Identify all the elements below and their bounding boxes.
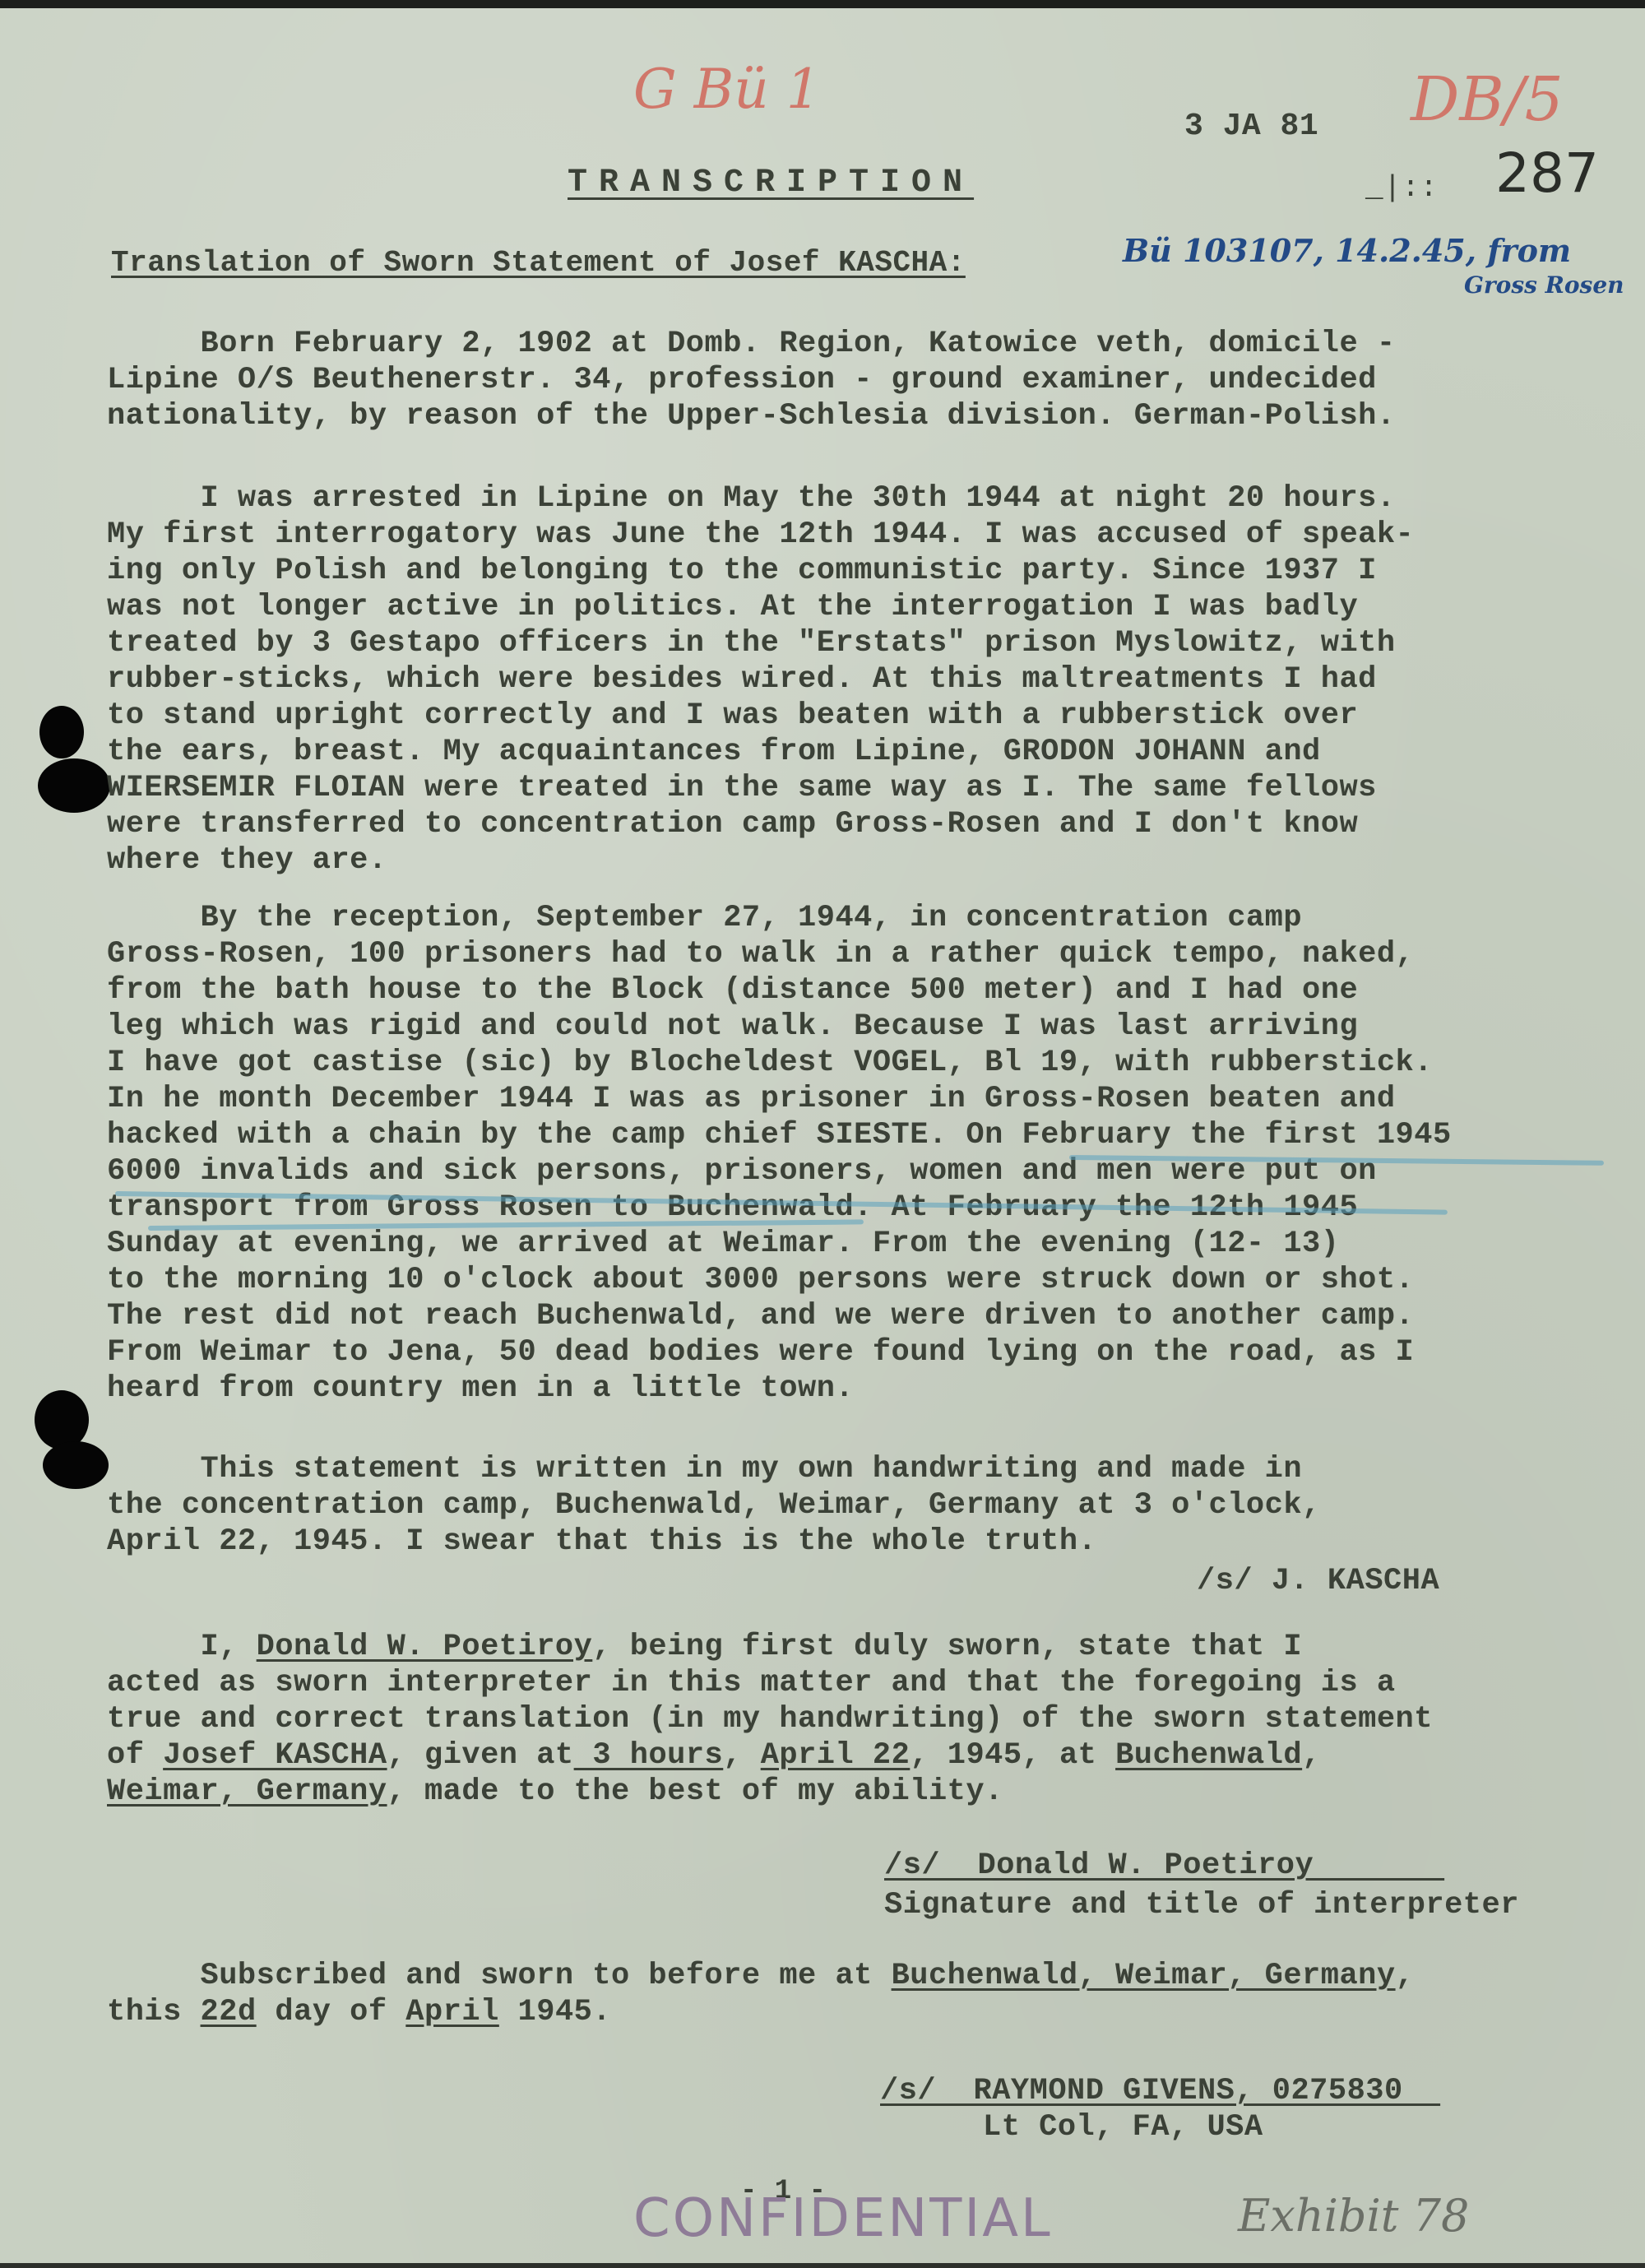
interpreter-signature: /s/ Donald W. Poetiroy xyxy=(884,1846,1444,1885)
text-fragment: of xyxy=(107,1738,163,1773)
text-line: heard from country men in a little town. xyxy=(107,1369,854,1408)
statement-time: 3 hours xyxy=(574,1738,724,1773)
text-line: Born February 2, 1902 at Domb. Region, K… xyxy=(107,324,1396,364)
text-line: of Josef KASCHA, given at 3 hours, April… xyxy=(107,1736,1321,1775)
text-line: were transferred to concentration camp G… xyxy=(107,805,1358,844)
kascha-signature: /s/ J. KASCHA xyxy=(1197,1561,1439,1601)
punch-hole-upper-b xyxy=(38,758,110,813)
text-line: from the bath house to the Block (distan… xyxy=(107,971,1358,1010)
document-subtitle: Translation of Sworn Statement of Josef … xyxy=(111,243,966,283)
sworn-day: 22d xyxy=(201,1995,257,2029)
punch-hole-upper-a xyxy=(39,706,84,758)
sworn-month: April xyxy=(405,1995,499,2029)
text-fragment: , being first duly sworn, state that I xyxy=(592,1630,1302,1664)
blue-handwritten-note-line2: Gross Rosen xyxy=(1464,271,1624,299)
document-title: TRANSCRIPTION xyxy=(568,165,974,202)
text-line: I, Donald W. Poetiroy, being first duly … xyxy=(107,1627,1302,1667)
text-line: where they are. xyxy=(107,841,387,880)
punch-hole-lower-b xyxy=(43,1441,109,1489)
text-line: this 22d day of April 1945. xyxy=(107,1992,611,2032)
text-fragment: day of xyxy=(257,1995,406,2029)
text-line: treated by 3 Gestapo officers in the "Er… xyxy=(107,624,1396,663)
exhibit-label: Exhibit 78 xyxy=(1238,2190,1469,2242)
text-fragment: , given at xyxy=(387,1738,574,1773)
punch-hole-lower-a xyxy=(35,1390,89,1449)
text-line: Lipine O/S Beuthenerstr. 34, profession … xyxy=(107,360,1377,400)
text-fragment: , xyxy=(723,1738,760,1773)
text-line: hacked with a chain by the camp chief SI… xyxy=(107,1115,1452,1155)
text-line: By the reception, September 27, 1944, in… xyxy=(107,898,1302,938)
scan-edge-bottom xyxy=(0,2263,1645,2268)
text-line: acted as sworn interpreter in this matte… xyxy=(107,1663,1396,1703)
text-line: rubber-sticks, which were besides wired.… xyxy=(107,660,1377,699)
text-fragment: Subscribed and sworn to before me at xyxy=(107,1959,892,1993)
scan-edge-top xyxy=(0,0,1645,8)
text-fragment: , xyxy=(1302,1738,1321,1773)
stamp-date: 3 JA 81 xyxy=(1184,107,1318,146)
text-line: Weimar, Germany, made to the best of my … xyxy=(107,1772,1003,1811)
interpreter-signature-title: Signature and title of interpreter xyxy=(884,1885,1519,1925)
text-line: This statement is written in my own hand… xyxy=(107,1449,1302,1489)
text-fragment: 1945. xyxy=(499,1995,611,2029)
interpreter-name: Donald W. Poetiroy xyxy=(257,1630,593,1664)
text-line: My first interrogatory was June the 12th… xyxy=(107,515,1414,554)
text-line: the concentration camp, Buchenwald, Weim… xyxy=(107,1486,1321,1525)
statement-place: Buchenwald xyxy=(1115,1738,1302,1773)
statement-date: April 22 xyxy=(761,1738,911,1773)
confidential-stamp: CONFIDENTIAL xyxy=(633,2188,1053,2249)
text-fragment: , made to the best of my ability. xyxy=(387,1774,1003,1809)
red-handwritten-reference: G Bü 1 xyxy=(633,58,821,121)
text-line: I was arrested in Lipine on May the 30th… xyxy=(107,479,1396,518)
text-line: leg which was rigid and could not walk. … xyxy=(107,1007,1358,1046)
text-fragment: this xyxy=(107,1995,201,2029)
text-line: I have got castise (sic) by Blocheldest … xyxy=(107,1043,1433,1083)
sworn-place: Buchenwald, Weimar, Germany xyxy=(892,1959,1396,1993)
text-line: WIERSEMIR FLOIAN were treated in the sam… xyxy=(107,768,1377,808)
text-fragment: I, xyxy=(107,1630,257,1664)
text-line: true and correct translation (in my hand… xyxy=(107,1700,1433,1739)
officer-signature: /s/ RAYMOND GIVENS, 0275830 xyxy=(880,2071,1440,2111)
text-fragment: , 1945, at xyxy=(910,1738,1115,1773)
stamp-page-number: 287 xyxy=(1495,141,1599,205)
text-line: Subscribed and sworn to before me at Buc… xyxy=(107,1956,1414,1996)
text-line: Gross-Rosen, 100 prisoners had to walk i… xyxy=(107,935,1414,974)
red-handwritten-folio: DB/5 xyxy=(1411,64,1564,135)
text-line: In he month December 1944 I was as priso… xyxy=(107,1079,1396,1119)
text-line: was not longer active in politics. At th… xyxy=(107,587,1358,627)
text-fragment: , xyxy=(1396,1959,1415,1993)
text-line: to the morning 10 o'clock about 3000 per… xyxy=(107,1260,1414,1300)
text-line: ing only Polish and belonging to the com… xyxy=(107,551,1377,591)
text-line: The rest did not reach Buchenwald, and w… xyxy=(107,1296,1414,1336)
stamp-prefix: _|:: xyxy=(1365,169,1438,208)
declarant-name: Josef KASCHA xyxy=(163,1738,387,1773)
text-line: April 22, 1945. I swear that this is the… xyxy=(107,1522,1096,1561)
blue-handwritten-note: Bü 103107, 14.2.45, from xyxy=(1123,232,1571,269)
text-line: Sunday at evening, we arrived at Weimar.… xyxy=(107,1224,1339,1264)
text-line: nationality, by reason of the Upper-Schl… xyxy=(107,397,1396,436)
officer-rank: Lt Col, FA, USA xyxy=(983,2108,1263,2147)
text-line: the ears, breast. My acquaintances from … xyxy=(107,732,1321,772)
statement-place-city: Weimar, Germany xyxy=(107,1774,387,1809)
text-line: to stand upright correctly and I was bea… xyxy=(107,696,1358,735)
text-line: From Weimar to Jena, 50 dead bodies were… xyxy=(107,1333,1414,1372)
